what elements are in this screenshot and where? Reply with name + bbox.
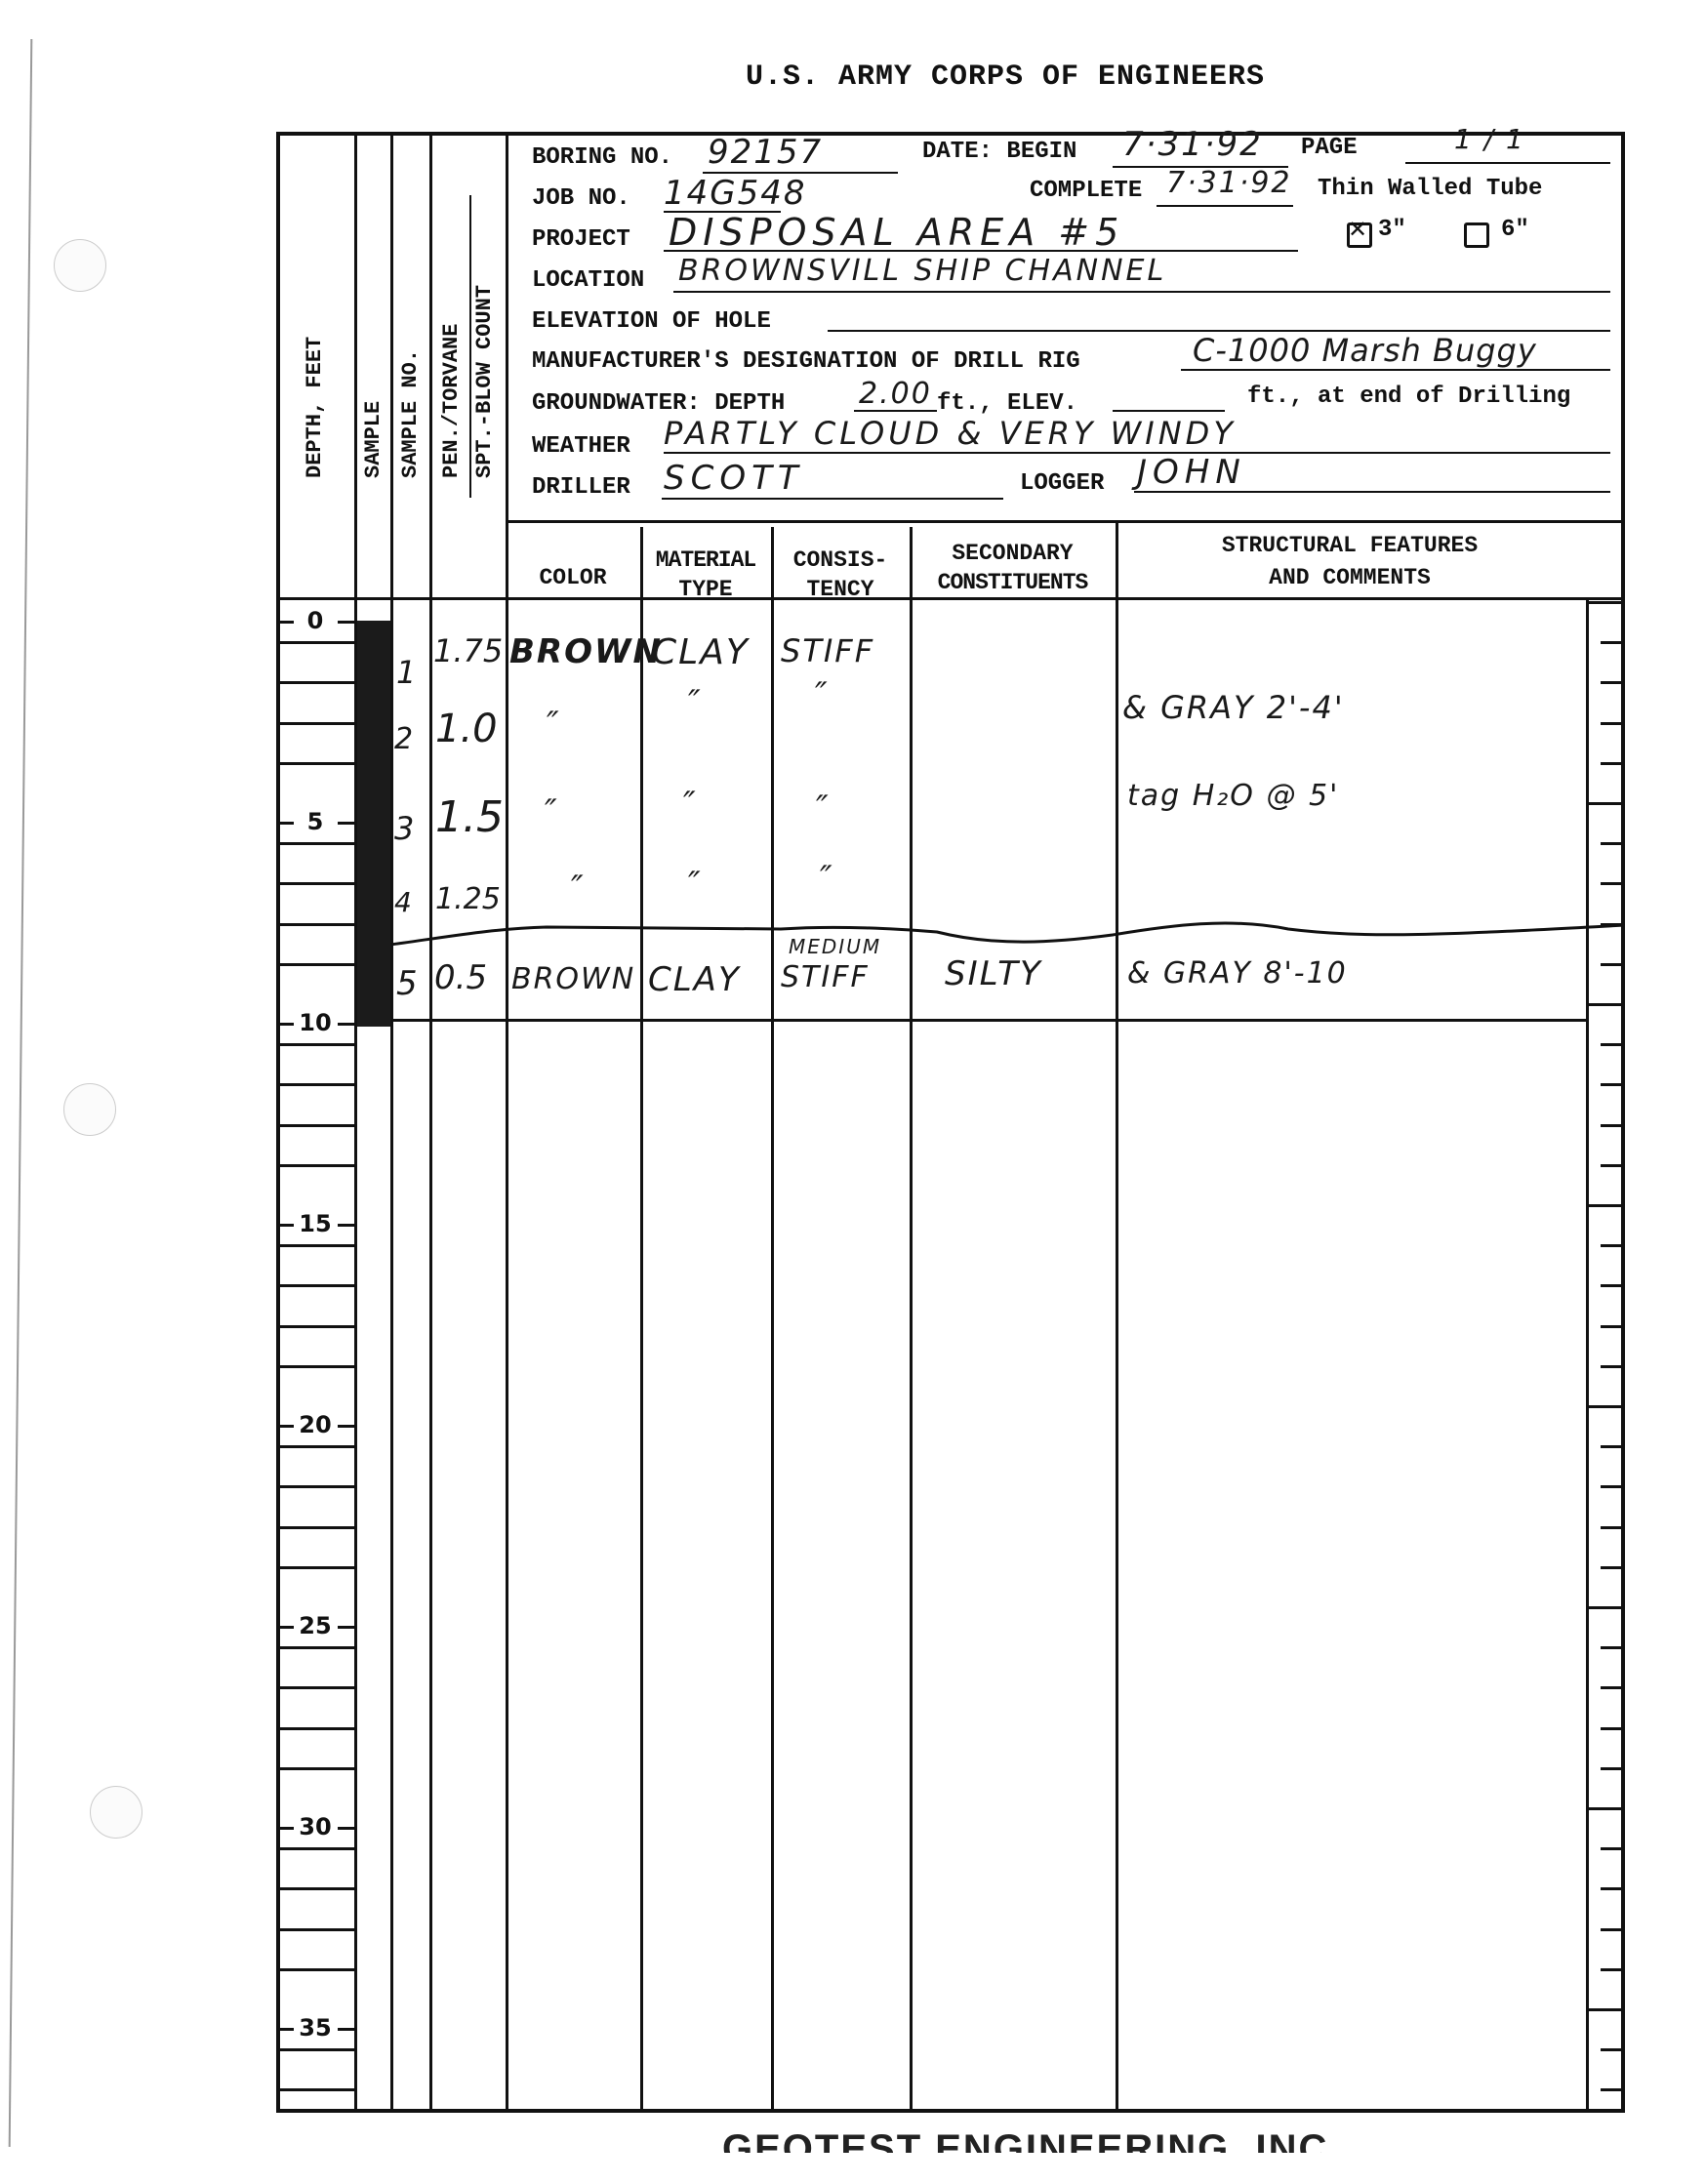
depth-minor-line [280,1083,354,1086]
depth-minor-line [280,1847,354,1850]
right-minor-tick [1601,2088,1622,2091]
consistency-top-value-5: MEDIUM [789,935,881,958]
column-header-bottom-line [276,597,1625,600]
depth-minor-line [280,1767,354,1770]
drill-rig-label: MANUFACTURER'S DESIGNATION OF DRILL RIG [532,348,1080,375]
groundwater-elev-label: ft., ELEV. [937,390,1077,417]
depth-minor-line [280,1164,354,1167]
document-title: U.S. ARMY CORPS OF ENGINEERS [0,61,1705,94]
date-begin-label: DATE: BEGIN [922,139,1076,165]
depth-label-5: 5 [276,808,354,835]
divider-sample-sampleno [390,132,393,2113]
depth-minor-line [280,2088,354,2091]
right-minor-tick [1601,1928,1622,1931]
col-header-material-1: MATERIAL [640,546,771,574]
pen-value-2: 1.0 [435,707,498,751]
consistency-value-3: ″ [816,789,831,828]
page-value[interactable]: 1 / 1 [1454,123,1525,155]
col-header-secondary-1: SECONDARY [910,540,1116,567]
depth-minor-line [280,1365,354,1368]
depth-minor-line [280,1284,354,1287]
divider-color-material [640,527,643,2113]
date-complete-underline [1157,205,1293,207]
depth-minor-line [280,963,354,966]
col-header-structural-1: STRUCTURAL FEATURES [1116,532,1584,559]
groundwater-elev-underline[interactable] [1113,410,1225,412]
right-minor-tick [1601,882,1622,885]
right-major-line [1589,1807,1622,1810]
sample-no-1: 1 [396,654,418,691]
boring-no-label: BORING NO. [532,144,672,171]
col-header-structural-2: AND COMMENTS [1116,564,1584,591]
depth-minor-line [280,1043,354,1046]
right-minor-tick [1601,762,1622,765]
checkmark-icon: ✕ [1348,216,1367,243]
pen-value-3: 1.5 [435,792,504,842]
driller-label: DRILLER [532,474,630,501]
header-bottom-line [506,520,1625,523]
logger-label: LOGGER [1020,470,1104,497]
elevation-label: ELEVATION OF HOLE [532,308,771,335]
color-value-2: ″ [547,705,561,744]
divider-depth-sample [354,132,357,2113]
right-minor-tick [1601,1445,1622,1448]
depth-label-25: 25 [276,1612,354,1639]
sample-interval-bar [357,621,390,1027]
location-underline [673,291,1610,293]
depth-label-15: 15 [276,1210,354,1237]
spt-blow-count-label: SPT.-BLOW COUNT [472,285,497,478]
depth-label-30: 30 [276,1813,354,1840]
comment-value-5: & GRAY 8'-10 [1127,956,1348,991]
divider-consistency-secondary [910,527,913,2113]
right-minor-tick [1601,1566,1622,1569]
tube-3in-label: 3" [1378,217,1406,243]
right-major-line [1589,1606,1622,1609]
groundwater-label: GROUNDWATER: DEPTH [532,390,785,417]
sample-label: SAMPLE [361,401,386,478]
divider-secondary-structural [1116,522,1118,2113]
tube-6in-checkbox[interactable] [1464,222,1489,248]
right-minor-tick [1601,1325,1622,1328]
col-header-color: COLOR [506,564,640,591]
depth-minor-line [280,1727,354,1730]
right-minor-tick [1601,1847,1622,1850]
right-minor-tick [1601,1887,1622,1890]
divider-sampleno-pen [429,132,432,2113]
drill-rig-value[interactable]: C-1000 Marsh Buggy [1193,332,1537,369]
boring-no-value[interactable]: 92157 [708,133,823,172]
consistency-value-2: ″ [815,675,830,714]
right-minor-tick [1601,1968,1622,1971]
date-begin-value[interactable]: 7·31·92 [1122,125,1263,164]
page-underline [1405,162,1610,164]
project-value[interactable]: DISPOSAL AREA #5 [669,211,1124,254]
consistency-value-4: ″ [820,859,834,898]
thin-walled-tube-label: Thin Walled Tube [1318,176,1542,202]
right-minor-tick [1601,2048,1622,2051]
depth-minor-line [280,842,354,845]
company-footer: GEOTEST ENGINEERING, INC [722,2127,1328,2153]
consistency-value-5: STIFF [781,960,870,994]
job-no-label: JOB NO. [532,185,630,212]
material-value-3: ″ [683,785,698,824]
sample-no-label: SAMPLE NO. [398,349,423,478]
depth-minor-line [280,882,354,885]
depth-minor-line [280,2048,354,2051]
col-header-material-2: TYPE [640,576,771,603]
punch-hole-bottom [90,1786,142,1839]
color-value-5: BROWN [511,962,635,996]
right-major-line [1589,802,1622,805]
pen-spt-divider [469,195,471,498]
col-header-secondary-2: CONSTITUENTS [910,569,1116,596]
depth-minor-line [280,1928,354,1931]
right-minor-tick [1601,1083,1622,1086]
location-label: LOCATION [532,267,644,294]
depth-minor-line [280,923,354,926]
right-minor-tick [1601,722,1622,725]
pen-torvane-label: PEN./TORVANE [439,324,464,478]
right-minor-tick [1601,1727,1622,1730]
groundwater-depth-value[interactable]: 2.00 [859,377,932,411]
sample-no-2: 2 [394,722,415,756]
right-major-line [1589,2008,1622,2011]
depth-label-0: 0 [276,607,354,634]
depth-minor-line [280,1968,354,1971]
right-minor-tick [1601,1485,1622,1488]
right-major-line [1589,601,1622,604]
date-complete-value[interactable]: 7·31·92 [1166,166,1292,200]
strata-boundary-line-8ft [390,908,1625,956]
weather-value[interactable]: PARTLY CLOUD & VERY WINDY [664,415,1237,452]
punch-hole-middle [63,1083,116,1136]
depth-minor-line [280,1887,354,1890]
depth-label-10: 10 [276,1009,354,1036]
divider-pen-info [506,132,508,2113]
punch-hole-top [54,239,106,292]
logger-underline [1134,491,1610,493]
drill-rig-underline [1181,369,1610,371]
col-header-consistency-2: TENCY [771,576,910,603]
right-minor-tick [1601,1526,1622,1529]
weather-label: WEATHER [532,433,630,460]
page-label: PAGE [1301,135,1358,161]
right-minor-tick [1601,641,1622,644]
right-major-line [1589,1405,1622,1408]
depth-minor-line [280,1526,354,1529]
depth-label-20: 20 [276,1411,354,1438]
complete-label: COMPLETE [1030,178,1142,204]
divider-material-consistency [771,527,774,2113]
comment-value-3: tag H₂O @ 5' [1127,779,1339,813]
depth-minor-line [280,1686,354,1689]
depth-minor-line [280,1485,354,1488]
project-underline [664,250,1298,252]
pen-value-4: 1.25 [435,882,501,916]
right-minor-tick [1601,681,1622,684]
logger-value[interactable]: JOHN [1137,453,1246,492]
driller-value[interactable]: SCOTT [664,459,804,498]
sample-no-4: 4 [394,886,414,918]
right-minor-tick [1601,1244,1622,1247]
right-major-line [1589,1204,1622,1207]
consistency-value-1: STIFF [781,632,874,669]
right-major-line [1589,1003,1622,1006]
right-minor-tick [1601,1646,1622,1649]
material-value-4: ″ [688,865,703,904]
depth-feet-label: DEPTH, FEET [303,337,327,478]
location-value[interactable]: BROWNSVILL SHIP CHANNEL [678,254,1166,288]
material-value-5: CLAY [648,960,741,999]
depth-label-35: 35 [276,2014,354,2042]
driller-underline [662,498,1003,500]
right-minor-tick [1601,842,1622,845]
right-minor-tick [1601,1767,1622,1770]
depth-minor-line [280,762,354,765]
depth-minor-line [280,1646,354,1649]
pen-value-1: 1.75 [433,632,503,669]
right-minor-tick [1601,1686,1622,1689]
groundwater-tail-label: ft., at end of Drilling [1247,384,1570,410]
right-minor-tick [1601,1164,1622,1167]
strata-boundary-line-10ft [390,1019,1586,1022]
depth-minor-line [280,1325,354,1328]
pen-value-5: 0.5 [434,958,487,997]
depth-minor-line [280,1566,354,1569]
material-value-1: CLAY [652,632,750,672]
material-value-2: ″ [688,683,703,722]
project-label: PROJECT [532,226,630,253]
right-minor-tick [1601,1043,1622,1046]
col-header-consistency-1: CONSIS- [771,546,910,574]
job-no-value[interactable]: 14G548 [664,174,807,213]
depth-minor-line [280,722,354,725]
groundwater-depth-underline [854,410,937,412]
right-minor-tick [1601,1124,1622,1127]
right-minor-tick [1601,963,1622,966]
depth-minor-line [280,641,354,644]
tube-6in-label: 6" [1501,217,1529,243]
tube-3in-checkbox[interactable]: ✕ [1347,222,1372,248]
color-value-3: ″ [545,792,559,831]
right-minor-tick [1601,1284,1622,1287]
depth-minor-line [280,681,354,684]
depth-minor-line [280,1445,354,1448]
right-minor-tick [1601,1365,1622,1368]
color-value-1: BROWN [509,632,663,671]
sample-no-3: 3 [394,810,416,847]
sample-no-5: 5 [396,964,420,1003]
divider-structural-scale [1586,597,1589,2113]
color-value-4: ″ [571,869,586,908]
depth-minor-line [280,1244,354,1247]
depth-minor-line [280,1124,354,1127]
secondary-value-5: SILTY [945,954,1042,993]
page-edge-line [9,39,33,2147]
comment-value-2: & GRAY 2'-4' [1122,689,1345,726]
